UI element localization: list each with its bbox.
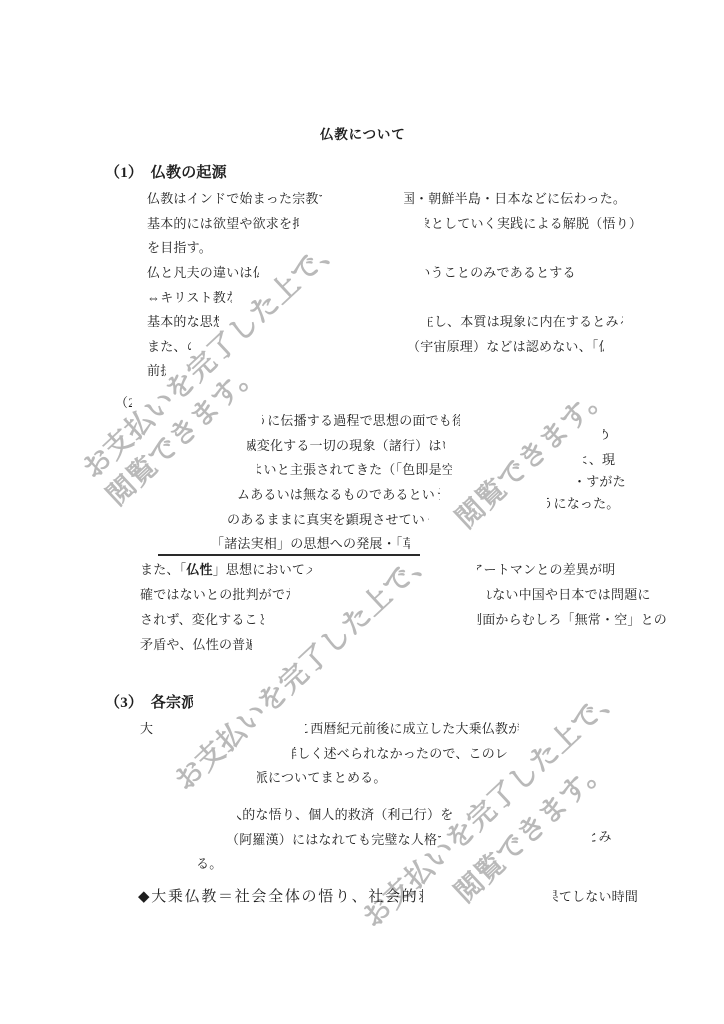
text-line: 詳しく述べられなかったので、このレ	[292, 747, 508, 763]
cutoff-character-fragment: メ	[305, 563, 312, 579]
text-line: 確ではないとの批判がでた	[140, 588, 290, 604]
text-line: 基本的な思想	[147, 315, 219, 331]
text-line: 果てしない時間	[553, 890, 638, 906]
text-line: 仏と凡夫の違いは仏	[147, 266, 259, 282]
text-line: 側面からむしろ「無常・空」との	[477, 613, 667, 629]
text-line: め	[603, 428, 610, 444]
text-line: る。	[196, 857, 222, 872]
text-line: 「諸法実相」の思想への発展・「草	[211, 537, 410, 553]
cutoff-character-fragment: 滅	[247, 439, 257, 455]
cutoff-character-fragment: 抑	[292, 217, 299, 233]
text-line: 滅変化する一切の現象（諸行）はい	[247, 439, 445, 455]
text-line: いうことのみであるとする	[424, 266, 576, 282]
section-heading: （3） 各宗派	[105, 695, 193, 713]
text-line: （2	[115, 396, 132, 412]
cutoff-character-fragment: 徐	[452, 414, 460, 430]
cutoff-character-fragment: の	[187, 340, 191, 356]
cutoff-character-fragment: う	[435, 488, 440, 504]
document-page: 仏教について お支払いを完了した上で、閲覧できます。お支払いを完了した上で、 閲…	[0, 0, 724, 1024]
cutoff-character-fragment: め	[603, 428, 610, 444]
cutoff-character-fragment: 草	[403, 537, 411, 553]
text-line: 在し、本質は現象に内在するとみる	[428, 315, 623, 331]
cutoff-character-fragment: 仏	[599, 340, 605, 356]
cutoff-character-fragment: く	[425, 513, 429, 529]
text-line: アートマンとの差異が明	[477, 563, 616, 579]
cutoff-character-fragment: で	[319, 192, 322, 208]
text-line: （阿羅漢）にはなれても完璧な人格で	[226, 833, 441, 849]
text-line: 大	[140, 722, 153, 737]
text-line: また、「仏性」思想においてメ	[140, 563, 312, 579]
underline	[158, 554, 420, 556]
text-line: されず、変化すること	[140, 613, 264, 629]
text-line: 前提	[147, 364, 166, 380]
text-line: とみ	[592, 830, 612, 846]
cutoff-character-fragment: 想	[213, 315, 219, 331]
text-line: 人的な悟り、個人的救済（利己行）を	[237, 808, 453, 824]
text-line: 象としていく実践による解脱（悟り）	[425, 217, 642, 233]
text-line: 矛盾や、仏性の普遍	[140, 638, 252, 654]
text-line: うになった。	[547, 497, 620, 513]
cutoff-character-fragment: 派	[181, 695, 193, 713]
text-line: 国・朝鮮半島・日本などに伝わった。	[404, 192, 626, 208]
text-line: ムあるいは無なるものであるという	[237, 488, 440, 504]
cutoff-character-fragment: 派	[257, 771, 268, 787]
page-title: 仏教について	[320, 123, 406, 143]
text-line: ・すがた	[573, 475, 626, 490]
text-line: また、の	[147, 340, 191, 356]
text-line: れない中国や日本では問題に	[487, 588, 651, 604]
text-line: のあるままに真実を顕現させていく	[227, 513, 429, 529]
cutoff-character-fragment: と	[258, 613, 265, 629]
cutoff-character-fragment: る	[619, 315, 623, 331]
text-line: 派についてまとめる。	[257, 771, 387, 787]
text-line: ⇔キリスト教な	[147, 291, 232, 307]
text-line: を目指す。	[147, 241, 212, 256]
cutoff-character-fragment: 2	[128, 396, 132, 412]
cutoff-character-fragment: 提	[160, 364, 166, 380]
cutoff-character-fragment: が	[508, 722, 518, 738]
text-line: よいと主張されてきた（「色即是空	[257, 463, 452, 479]
cutoff-character-fragment: な	[226, 291, 232, 307]
text-line: よ、現	[583, 453, 615, 469]
text-line: （宇宙原理）などは認めない、「仏	[407, 340, 604, 356]
cutoff-character-fragment: 遍	[245, 638, 252, 654]
cutoff-character-fragment: 空	[442, 463, 452, 479]
cutoff-character-fragment: 仏	[253, 266, 260, 282]
text-line: うに伝播する過程で思想の面でも徐	[262, 414, 460, 430]
text-line: ◆大乗仏教＝社会全体の悟り、社会的救	[138, 889, 423, 907]
cutoff-character-fragment: 救	[418, 889, 423, 907]
cutoff-character-fragment: 国	[404, 192, 415, 208]
text-line: 基本的には欲望や欲求を抑	[147, 217, 299, 233]
text-line: こ西暦紀元前後に成立した大乗仏教が	[305, 722, 519, 738]
section-heading: （1） 仏教の起源	[105, 165, 227, 182]
cutoff-character-fragment: た	[285, 588, 290, 604]
text-line: 仏教はインドで始まった宗教で	[147, 192, 322, 208]
cutoff-character-fragment: で	[437, 833, 441, 849]
cutoff-character-fragment: い	[442, 439, 445, 455]
